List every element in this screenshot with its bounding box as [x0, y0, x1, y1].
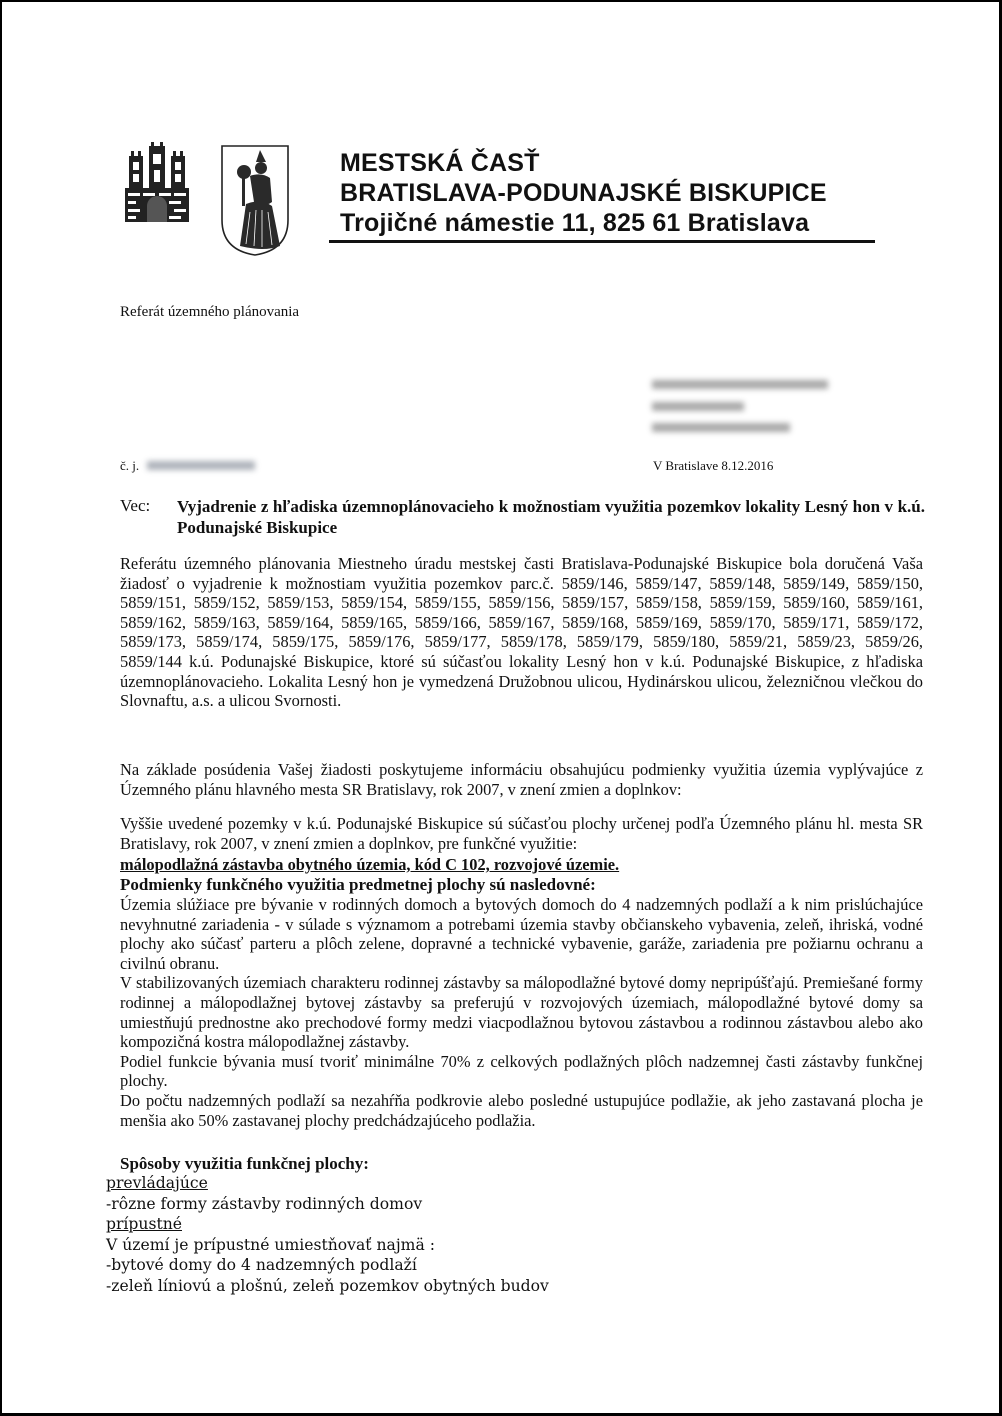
permissible-intro: V území je prípustné umiestňovať najmä :	[106, 1235, 549, 1256]
ways-of-use-list: prevládajúce -rôzne formy zástavby rodin…	[106, 1173, 549, 1297]
predominant-label: prevládajúce	[106, 1173, 549, 1194]
place-and-date: V Bratislave 8.12.2016	[653, 458, 773, 474]
permissible-item: -zeleň líniovú a plošnú, zeleň pozemkov …	[106, 1276, 549, 1297]
condition-item: Podiel funkcie bývania musí tvoriť minim…	[120, 1052, 923, 1091]
redacted-line	[652, 402, 744, 411]
bratislava-castle-crest-icon	[125, 142, 189, 222]
department-name: Referát územného plánovania	[120, 304, 299, 321]
reference-number-label: č. j.	[120, 458, 139, 474]
body-paragraph-1: Referátu územného plánovania Miestneho ú…	[120, 554, 923, 711]
header-divider	[329, 240, 875, 243]
org-name-line1: MESTSKÁ ČASŤ	[340, 148, 540, 178]
conditions-list: Územia slúžiace pre bývanie v rodinných …	[120, 895, 923, 1130]
permissible-label: prípustné	[106, 1214, 549, 1235]
condition-item: V stabilizovaných územiach charakteru ro…	[120, 973, 923, 1051]
redacted-line	[652, 380, 828, 389]
body-paragraph-3: Vyššie uvedené pozemky v k.ú. Podunajské…	[120, 814, 923, 853]
ways-of-use-heading: Spôsoby využitia funkčnej plochy:	[120, 1154, 923, 1174]
permissible-item: -bytové domy do 4 nadzemných podlaží	[106, 1255, 549, 1276]
functional-use-code: málopodlažná zástavba obytného územia, k…	[120, 855, 923, 875]
document-page: MESTSKÁ ČASŤ BRATISLAVA-PODUNAJSKÉ BISKU…	[0, 0, 1002, 1416]
body-paragraph-2: Na základe posúdenia Vašej žiadosti posk…	[120, 760, 923, 799]
subject-text: Vyjadrenie z hľadiska územnoplánovacieho…	[177, 496, 925, 538]
predominant-item: -rôzne formy zástavby rodinných domov	[106, 1194, 549, 1215]
org-name-line2: BRATISLAVA-PODUNAJSKÉ BISKUPICE	[340, 178, 827, 208]
condition-item: Do počtu nadzemných podlaží sa nezahŕňa …	[120, 1091, 923, 1130]
conditions-heading: Podmienky funkčného využitia predmetnej …	[120, 875, 923, 895]
org-address: Trojičné námestie 11, 825 61 Bratislava	[340, 208, 809, 238]
podunajske-biskupice-shield-icon	[220, 142, 290, 257]
reference-number-redacted	[147, 461, 255, 470]
condition-item: Územia slúžiace pre bývanie v rodinných …	[120, 895, 923, 973]
redacted-line	[652, 423, 790, 432]
subject-label: Vec:	[120, 496, 150, 516]
